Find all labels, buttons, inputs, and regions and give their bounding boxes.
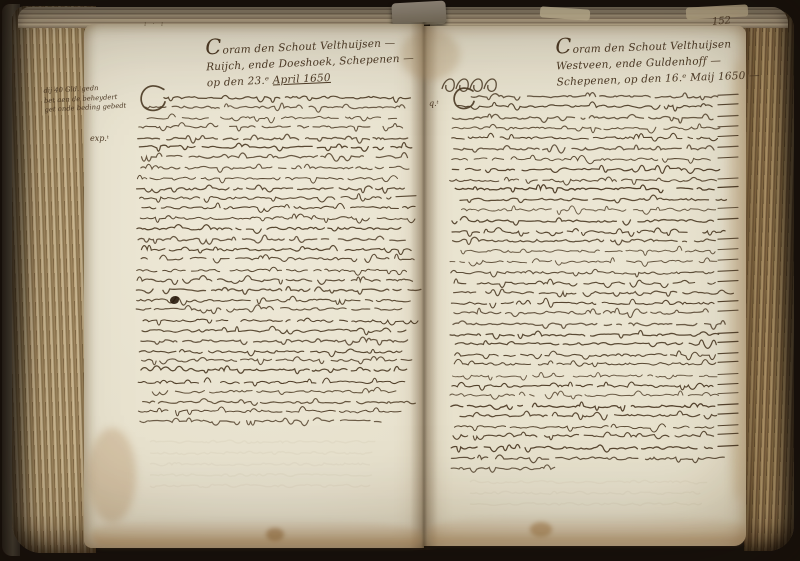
bottom-edge-stain bbox=[428, 514, 746, 544]
page-number: 152 bbox=[712, 15, 732, 28]
header-date-prefix: op den 23.ᵉ bbox=[207, 74, 273, 89]
right-leaf-stack-fore-edge bbox=[744, 10, 794, 551]
right-margin-mark: q.ᵗ bbox=[429, 99, 439, 108]
water-stain bbox=[88, 428, 136, 523]
header-date-underlined: April 1650 bbox=[272, 72, 331, 87]
left-margin-note: dij 40 Gld. gedn bet aen de beheydert ge… bbox=[43, 81, 154, 115]
fore-edge-browning bbox=[728, 60, 750, 500]
stain-spot bbox=[266, 528, 284, 541]
right-page bbox=[424, 26, 746, 546]
left-page-header: Coram den Schout Velthuijsen — Ruijch, e… bbox=[205, 31, 407, 92]
left-margin-mark: exp.ᵗ bbox=[90, 134, 109, 143]
bottom-edge-stain bbox=[92, 518, 422, 546]
right-page-header: Coram den Schout Velthuijsen Westveen, e… bbox=[555, 32, 757, 91]
stain-spot bbox=[530, 522, 552, 537]
manuscript-photo: ı · ı Coram den Schout Velthuijsen — Rui… bbox=[0, 0, 800, 561]
left-folio-mark: ı · ı bbox=[144, 20, 165, 28]
